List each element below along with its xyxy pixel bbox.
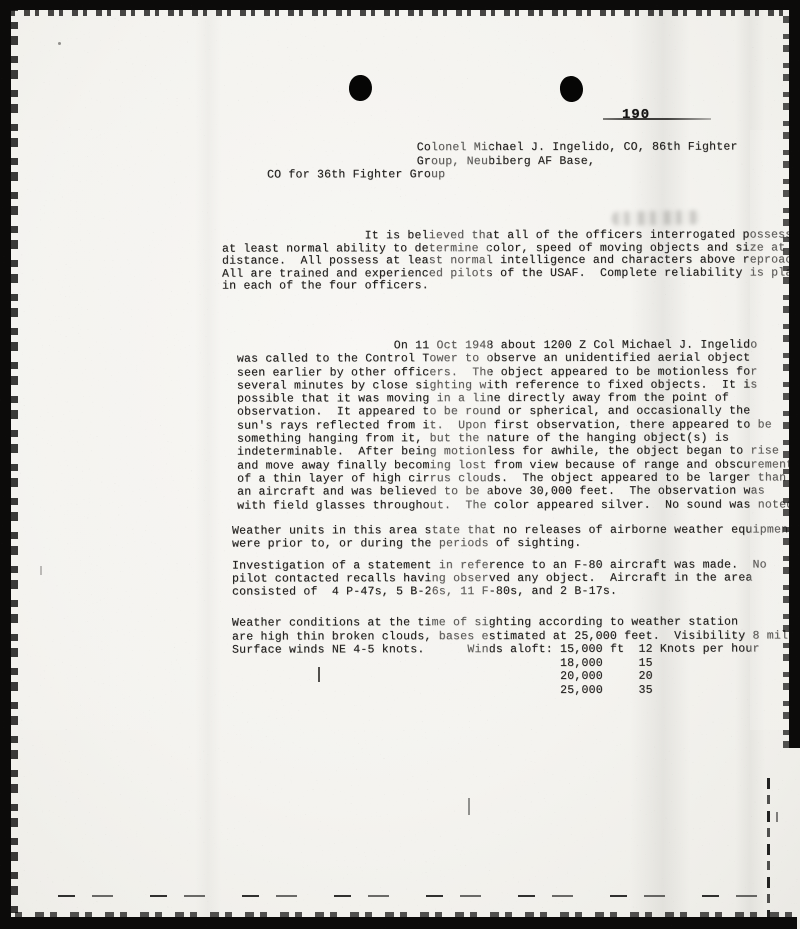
scan-artifact-tick bbox=[468, 798, 470, 815]
scan-edge-left bbox=[0, 0, 11, 929]
right-dashed-line bbox=[767, 778, 770, 918]
address-block: Colonel Michael J. Ingelido, CO, 86th Fi… bbox=[267, 141, 738, 183]
scanned-document-page: 190 Colonel Michael J. Ingelido, CO, 86t… bbox=[0, 0, 800, 929]
scanner-streak bbox=[195, 0, 221, 929]
bottom-dashed-line bbox=[58, 895, 790, 897]
scan-artifact-speck bbox=[58, 42, 61, 45]
paragraph-investigation: Investigation of a statement in referenc… bbox=[232, 559, 767, 599]
hole-punch-left bbox=[348, 74, 374, 102]
scan-artifact-tick bbox=[40, 566, 42, 575]
paragraph-sighting-account: On 11 Oct 1948 about 1200 Z Col Michael … bbox=[237, 338, 800, 512]
faint-stamp-smudge bbox=[612, 210, 700, 226]
scan-edge-top bbox=[0, 0, 800, 10]
paragraph-weather-conditions: Weather conditions at the time of sighti… bbox=[232, 615, 800, 698]
scan-edge-bottom bbox=[0, 917, 797, 929]
paragraph-reliability: It is believed that all of the officers … bbox=[222, 229, 800, 293]
scan-artifact-tick bbox=[318, 667, 320, 682]
page-number-strikethrough-line bbox=[603, 118, 711, 120]
paragraph-weather-units: Weather units in this area state that no… bbox=[232, 524, 795, 551]
scan-edge-right bbox=[789, 0, 800, 748]
scan-artifact-tick bbox=[776, 812, 778, 822]
page-number: 190 bbox=[622, 107, 650, 123]
hole-punch-right bbox=[559, 75, 584, 103]
